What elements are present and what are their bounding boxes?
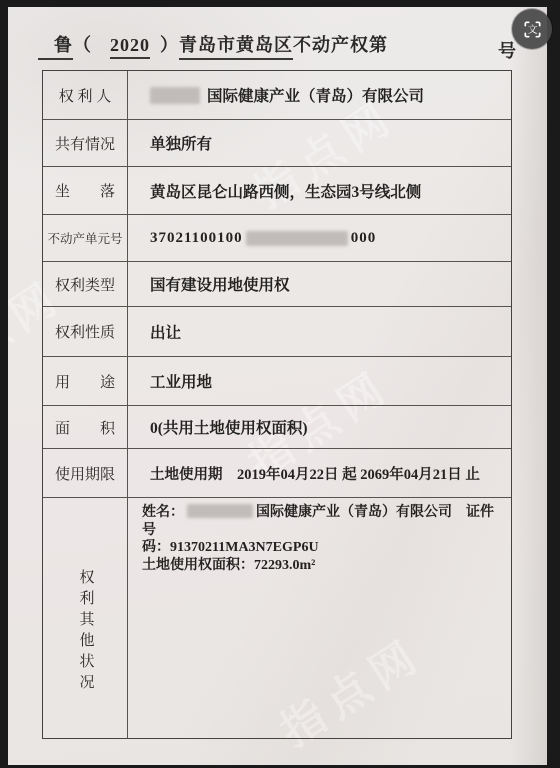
table-row-unit-number: 不动产单元号 37021100100000: [43, 214, 511, 261]
row-value: 土地使用期 2019年04月22日 起 2069年04月21日 止: [128, 449, 511, 497]
owner-value: 国际健康产业（青岛）有限公司: [207, 84, 424, 106]
row-label: 共有情况: [43, 120, 128, 166]
right-nature-value: 出让: [150, 321, 181, 343]
co-ownership-value: 单独所有: [150, 132, 212, 154]
land-use-area-line: 土地使用权面积：72293.0m²: [142, 558, 315, 573]
table-row-other-rights: 权利其他状况 姓名：国际健康产业（青岛）有限公司 证件号 码：91370211M…: [43, 497, 511, 738]
row-label: 权利类型: [43, 262, 128, 306]
redaction-blur: [246, 231, 348, 246]
use-term-value: 土地使用期 2019年04月22日 起 2069年04月21日 止: [150, 463, 480, 484]
certificate-photo: 指点网 指点网 指点网 指点网 鲁（2020）青岛市黄岛区不动产权第 号 权 利…: [8, 7, 547, 765]
row-value: 37021100100000: [128, 215, 511, 261]
row-label: 权 利 人: [43, 71, 128, 119]
row-value: 国际健康产业（青岛）有限公司: [128, 71, 511, 119]
row-value: 出让: [128, 307, 511, 356]
table-row-co-ownership: 共有情况 单独所有: [43, 119, 511, 166]
usage-value: 工业用地: [150, 370, 212, 392]
row-value: 单独所有: [128, 120, 511, 166]
redaction-blur: [187, 504, 253, 518]
other-rights-value: 姓名：国际健康产业（青岛）有限公司 证件号 码：91370211MA3N7EGP…: [128, 498, 511, 738]
row-value: 0(共用土地使用权面积): [128, 406, 511, 448]
area-value: 0(共用土地使用权面积): [150, 416, 308, 438]
unit-number-prefix: 37021100100: [150, 230, 243, 247]
right-type-value: 国有建设用地使用权: [150, 273, 290, 295]
other-rights-label-vertical: 权利其他状况: [78, 569, 93, 695]
certificate-table: 权 利 人 国际健康产业（青岛）有限公司 共有情况 单独所有 坐 落 黄岛区昆仑…: [42, 70, 512, 739]
number-suffix: 号: [498, 37, 517, 63]
unit-number-suffix: 000: [351, 230, 377, 247]
row-label: 权利其他状况: [43, 498, 128, 738]
province-underlined: 鲁: [38, 31, 73, 60]
text-scan-icon: 文: [521, 18, 544, 41]
table-row-owner: 权 利 人 国际健康产业（青岛）有限公司: [43, 71, 511, 119]
photo-viewer: 指点网 指点网 指点网 指点网 鲁（2020）青岛市黄岛区不动产权第 号 权 利…: [0, 0, 560, 768]
title-rest: 不动产权第: [293, 31, 388, 57]
table-row-right-nature: 权利性质 出让: [43, 306, 511, 356]
row-value: 工业用地: [128, 357, 511, 405]
row-label: 权利性质: [43, 307, 128, 356]
table-row-location: 坐 落 黄岛区昆仑山路西侧，生态园3号线北侧: [43, 166, 511, 214]
table-row-area: 面 积 0(共用土地使用权面积): [43, 405, 511, 448]
location-value: 黄岛区昆仑山路西侧，生态园3号线北侧: [150, 180, 421, 202]
row-value: 国有建设用地使用权: [128, 262, 511, 306]
table-row-right-type: 权利类型 国有建设用地使用权: [43, 261, 511, 306]
row-label: 坐 落: [43, 167, 128, 214]
row-label: 用 途: [43, 357, 128, 405]
paren-close: ）: [160, 31, 179, 57]
certificate-title: 鲁（2020）青岛市黄岛区不动产权第 号: [38, 31, 539, 60]
row-label: 面 积: [43, 406, 128, 448]
paren-open: （: [73, 31, 92, 57]
name-prefix: 姓名：: [142, 505, 184, 520]
id-number-line: 码：91370211MA3N7EGP6U: [142, 540, 319, 555]
region-underlined: 青岛市黄岛区: [179, 31, 293, 60]
row-value: 黄岛区昆仑山路西侧，生态园3号线北侧: [128, 167, 511, 214]
row-label: 不动产单元号: [43, 215, 128, 261]
table-row-usage: 用 途 工业用地: [43, 356, 511, 405]
table-row-use-term: 使用期限 土地使用期 2019年04月22日 起 2069年04月21日 止: [43, 448, 511, 497]
ocr-translate-button[interactable]: 文: [512, 9, 552, 49]
redaction-blur: [150, 87, 200, 104]
svg-text:文: 文: [527, 24, 537, 36]
year-underlined: 2020: [110, 35, 150, 59]
row-label: 使用期限: [43, 449, 128, 497]
